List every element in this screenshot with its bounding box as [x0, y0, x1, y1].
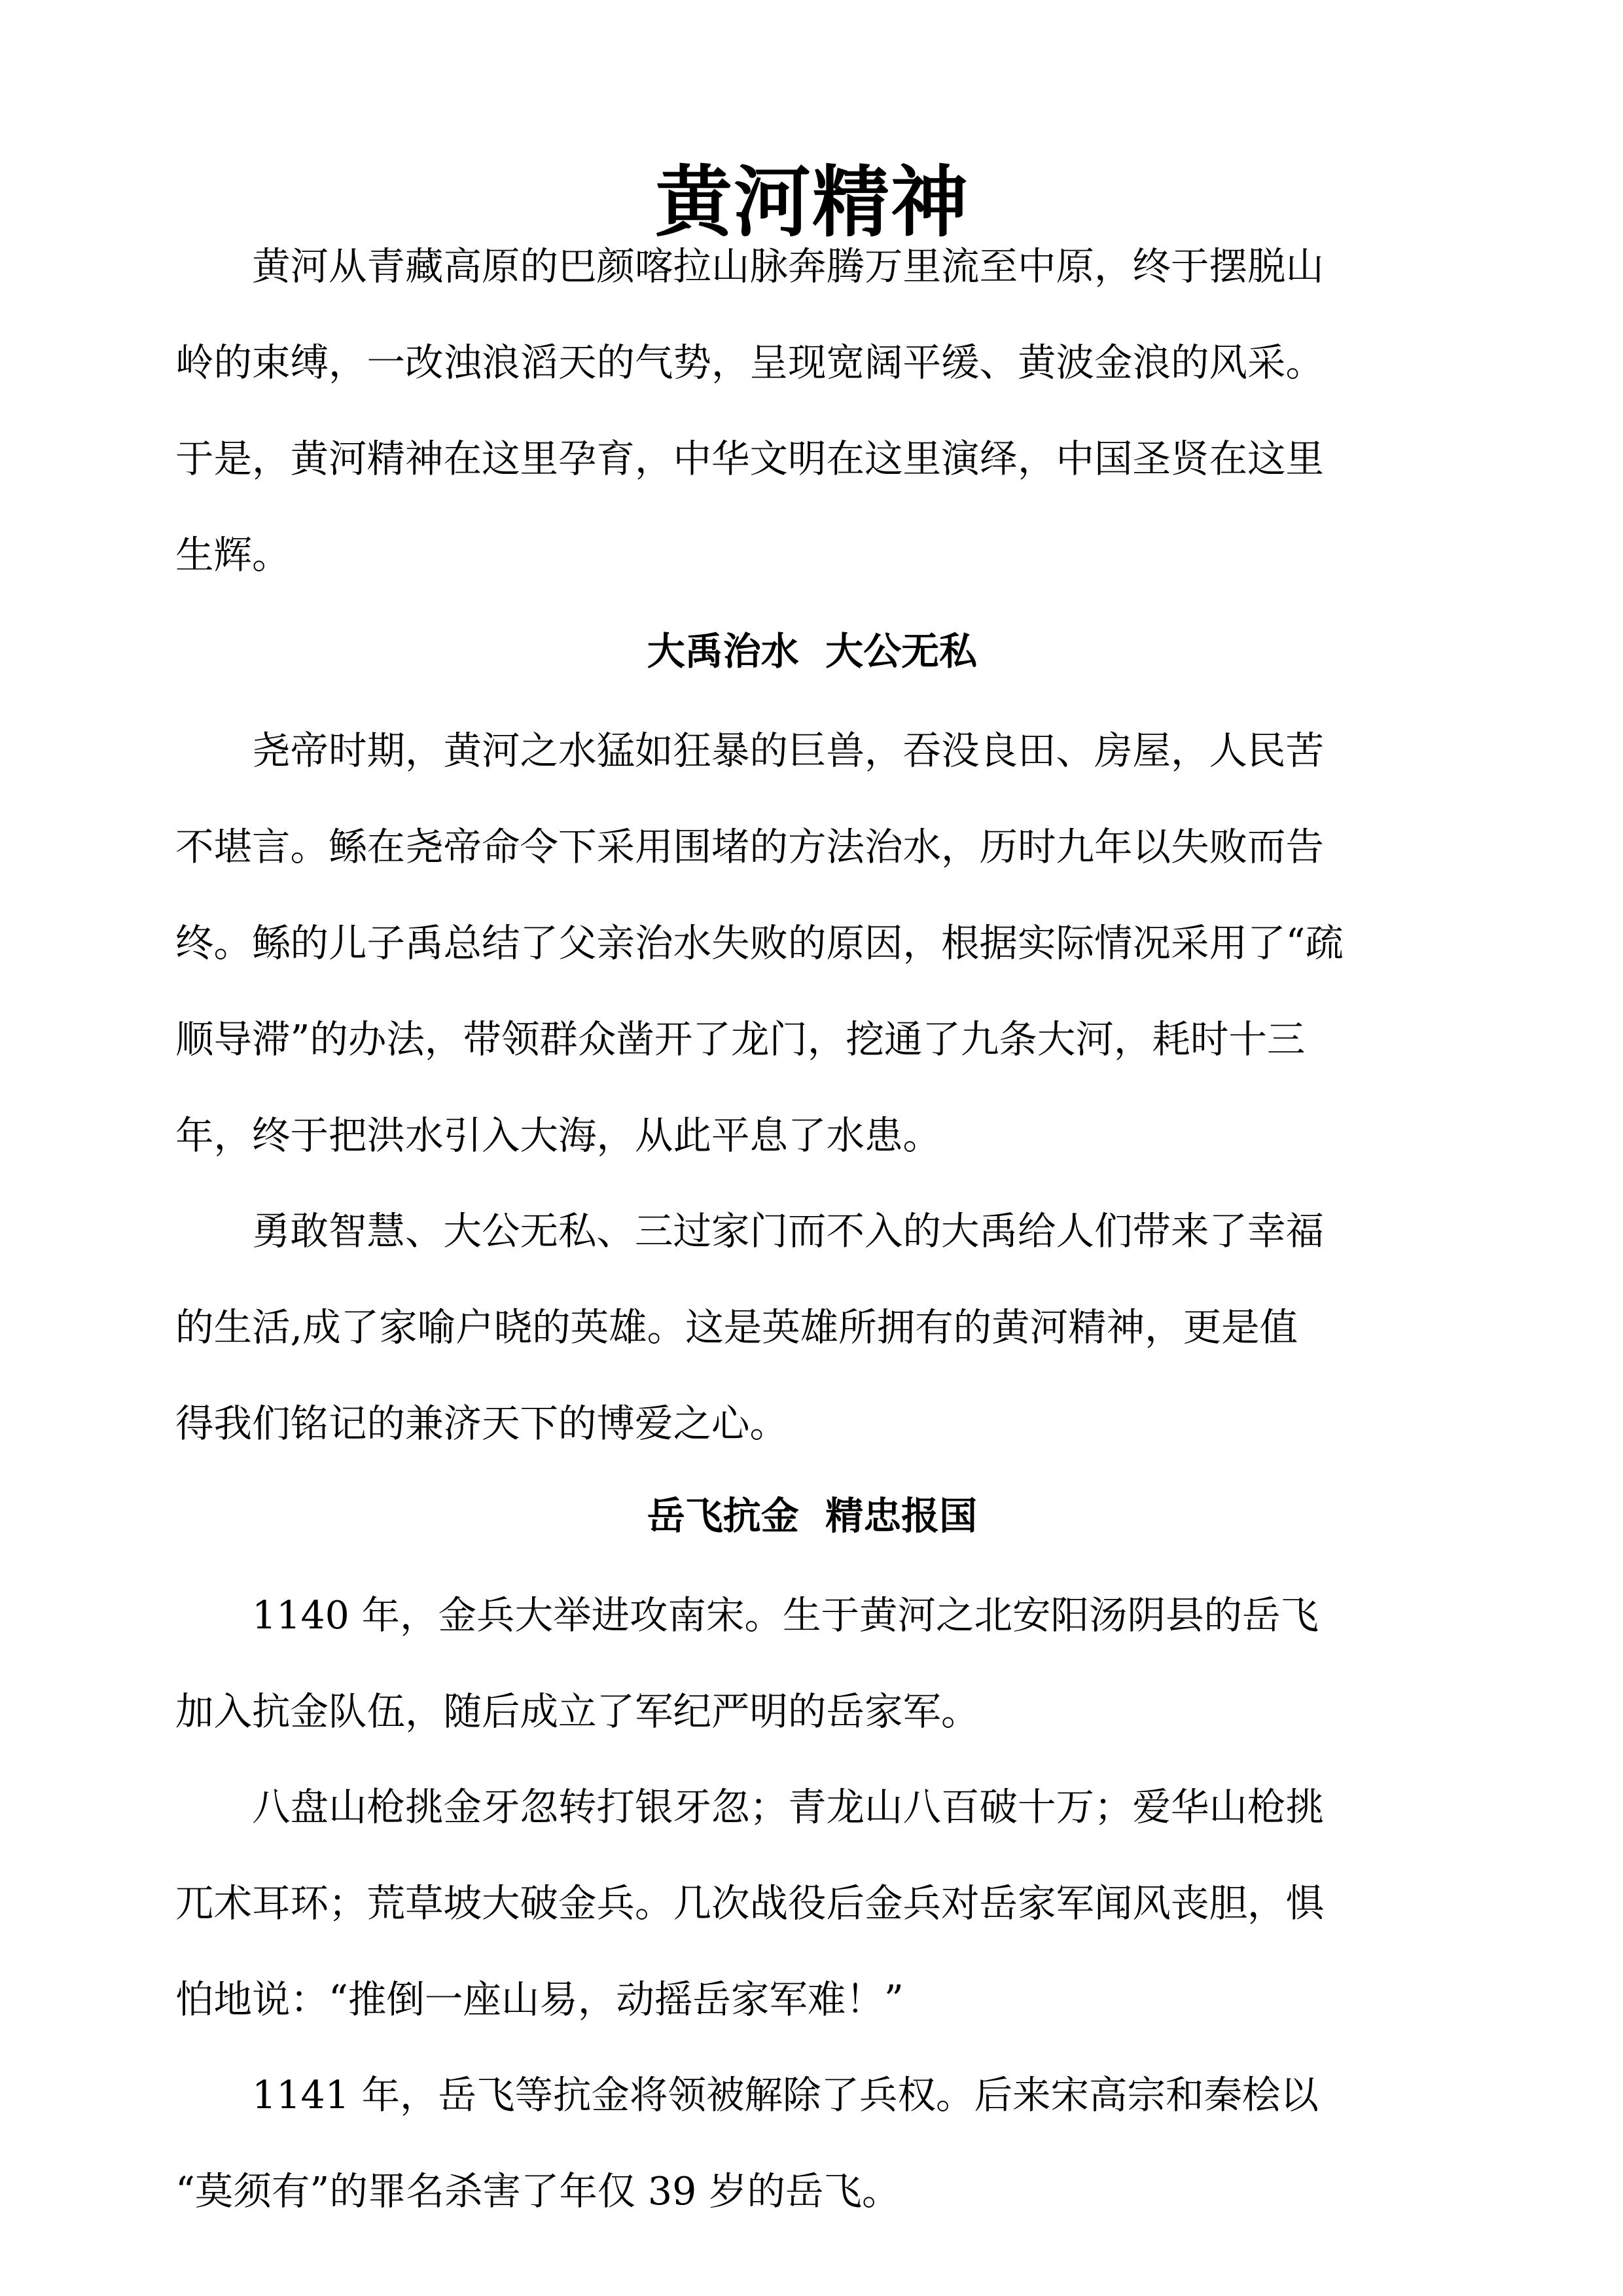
text-line: 尧帝时期，黄河之水猛如狂暴的巨兽，吞没良田、房屋，人民苦: [175, 703, 1449, 799]
text-line: 兀术耳环；荒草坡大破金兵。几次战役后金兵对岳家军闻风丧胆，惧: [175, 1856, 1449, 1952]
text-line: 加入抗金队伍，随后成立了军纪严明的岳家军。: [175, 1664, 1449, 1760]
text-line: 八盘山枪挑金牙忽转打银牙忽；青龙山八百破十万；爱华山枪挑: [175, 1759, 1449, 1856]
dayu-paragraph-1: 尧帝时期，黄河之水猛如狂暴的巨兽，吞没良田、房屋，人民苦 不堪言。鲧在尧帝命令下…: [175, 703, 1449, 1184]
text-line: “莫须有”的罪名杀害了年仅 39 岁的岳飞。: [175, 2144, 1449, 2240]
text-line: 的生活,成了家喻户晓的英雄。这是英雄所拥有的黄河精神，更是值: [175, 1280, 1449, 1376]
section-heading-dayu: 大禹治水 大公无私: [175, 612, 1449, 691]
text-line: 终。鲧的儿子禹总结了父亲治水失败的原因，根据实际情况采用了“疏: [175, 895, 1449, 992]
yuefei-paragraph-3: 1141 年，岳飞等抗金将领被解除了兵权。后来宋高宗和秦桧以 “莫须有”的罪名杀…: [175, 2047, 1449, 2240]
text-line: 1141 年，岳飞等抗金将领被解除了兵权。后来宋高宗和秦桧以: [175, 2047, 1449, 2144]
text-line: 年，终于把洪水引入大海，从此平息了水患。: [175, 1088, 1449, 1184]
yuefei-paragraph-1: 1140 年，金兵大举进攻南宋。生于黄河之北安阳汤阴县的岳飞 加入抗金队伍，随后…: [175, 1568, 1449, 1760]
text-line: 不堪言。鲧在尧帝命令下采用围堵的方法治水，历时九年以失败而告: [175, 799, 1449, 895]
text-line: 生辉。: [175, 507, 1449, 603]
text-line: 得我们铭记的兼济天下的博爱之心。: [175, 1376, 1449, 1472]
yuefei-paragraph-2: 八盘山枪挑金牙忽转打银牙忽；青龙山八百破十万；爱华山枪挑 兀术耳环；荒草坡大破金…: [175, 1759, 1449, 2048]
text-line: 怕地说：“推倒一座山易，动摇岳家军难！”: [175, 1952, 1449, 2048]
text-line: 1140 年，金兵大举进攻南宋。生于黄河之北安阳汤阴县的岳飞: [175, 1568, 1449, 1664]
text-line: 勇敢智慧、大公无私、三过家门而不入的大禹给人们带来了幸福: [175, 1183, 1449, 1280]
intro-paragraph: 黄河从青藏高原的巴颜喀拉山脉奔腾万里流至中原，终于摆脱山 岭的束缚，一改浊浪滔天…: [175, 219, 1449, 603]
text-line: 岭的束缚，一改浊浪滔天的气势，呈现宽阔平缓、黄波金浪的风采。: [175, 315, 1449, 411]
text-line: 顺导滞”的办法，带领群众凿开了龙门，挖通了九条大河，耗时十三: [175, 992, 1449, 1088]
dayu-paragraph-2: 勇敢智慧、大公无私、三过家门而不入的大禹给人们带来了幸福 的生活,成了家喻户晓的…: [175, 1183, 1449, 1472]
section-heading-yuefei: 岳飞抗金 精忠报国: [175, 1477, 1449, 1555]
text-line: 于是，黄河精神在这里孕育，中华文明在这里演绎，中国圣贤在这里: [175, 411, 1449, 507]
text-line: 黄河从青藏高原的巴颜喀拉山脉奔腾万里流至中原，终于摆脱山: [175, 219, 1449, 315]
